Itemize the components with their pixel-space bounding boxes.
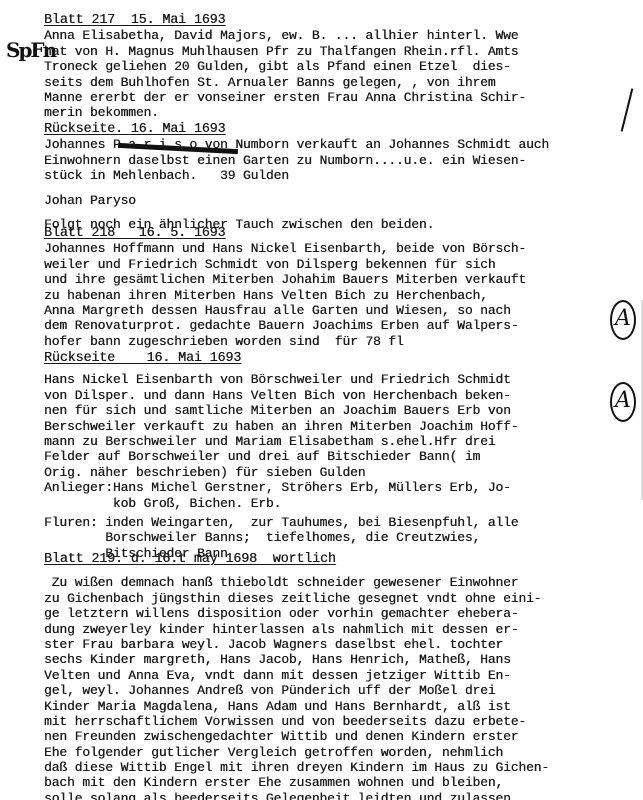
entry-line: Johannes P a r i s o von Numborn verkauf… xyxy=(44,137,624,152)
entry-line: dung zweyerley kinder hinterlassen als n… xyxy=(44,622,624,637)
entry-line: mit herrschaftlichem Vorwissen und von b… xyxy=(44,714,624,729)
entry-line: kob Groß, Bichen. Erb. xyxy=(44,496,624,511)
entry-line: und ihre gesämtlichen Miterben Johahim B… xyxy=(44,272,624,287)
entry-line: Fluren: inden Weingarten, zur Tauhumes, … xyxy=(44,515,624,530)
entry-line: Anna Margreth dessen Hausfrau alle Garte… xyxy=(44,303,624,318)
entry-line: Borschweiler Banns; tiefelhomes, die Cre… xyxy=(44,530,624,545)
entry-line: Berschweiler verkauft zu haben an ihren … xyxy=(44,419,624,434)
entry-line: stück in Mehlenbach. 39 Gulden xyxy=(44,168,624,183)
entry-line: ster Frau barbara weyl. Jacob Wagners da… xyxy=(44,637,624,652)
entry-rueckseite-218: Rückseite 16. Mai 1693 Hans Nickel Eisen… xyxy=(44,351,624,561)
entry-line: weiler und Friedrich Schmidt von Dilsper… xyxy=(44,257,624,272)
entry-line: Einwohnern daselbst einen Garten zu Numb… xyxy=(44,153,624,168)
entry-line: merin bekommen. xyxy=(44,105,624,120)
entry-line: ge letztern willens disposition oder vor… xyxy=(44,606,624,621)
entry-line: nen Freunden zwischengedachter Wittib un… xyxy=(44,729,624,744)
entry-line: bach mit den Kindern erster Ehe zusammen… xyxy=(44,775,624,790)
entry-line: hat von H. Magnus Muhlhausen Pfr zu Thal… xyxy=(44,44,624,59)
entry-line: seits dem Buhlhofen St. Arnualer Banns g… xyxy=(44,75,624,90)
entry-line: von Dilsper. und dann Hans Velten Bich v… xyxy=(44,388,624,403)
entry-line: zu habenan ihren Miterben Hans Velten Bi… xyxy=(44,288,624,303)
entry-line: Felder auf Borschweiler und drei auf Bit… xyxy=(44,449,624,464)
entry-blatt-217: Blatt 217 15. Mai 1693 Anna Elisabetha, … xyxy=(44,13,624,121)
entry-line: Johannes Hoffmann und Hans Nickel Eisenb… xyxy=(44,241,624,256)
entry-line: Kinder Maria Magdalena, Hans Adam und Ha… xyxy=(44,699,624,714)
entry-line: dem Renovaturprot. gedachte Bauern Joach… xyxy=(44,318,624,333)
entry-heading: Rückseite. 16. Mai 1693 xyxy=(44,122,624,137)
entry-line: Velten und Anna Eva, vndt dann mit desse… xyxy=(44,668,624,683)
entry-line: hofer bann zugeschrieben worden sind für… xyxy=(44,334,624,349)
entry-line: sechs Kinder margreth, Hans Jacob, Hans … xyxy=(44,652,624,667)
entry-heading: Blatt 217 15. Mai 1693 xyxy=(44,13,624,28)
entry-line: Anna Elisabetha, David Majors, ew. B. ..… xyxy=(44,28,624,43)
entry-signature: Johan Paryso xyxy=(44,193,624,208)
document-page: SpFn A A Blatt 217 15. Mai 1693 Anna Eli… xyxy=(0,0,643,800)
entry-line: daß diese Wittib Engel mit ihren dreyen … xyxy=(44,760,624,775)
entry-line: Anlieger:Hans Michel Gerstner, Ströhers … xyxy=(44,480,624,495)
entry-line: Orig. näher beschrieben) für sieben Guld… xyxy=(44,465,624,480)
entry-line: nen für sich und samtliche Miterben an J… xyxy=(44,403,624,418)
entry-line: solle solang als beederseits Gelegenheit… xyxy=(44,791,624,800)
entry-line: gel, weyl. Johannes Andreß von Pünderich… xyxy=(44,683,624,698)
entry-heading: Blatt 219. d. 16.t may 1698 wortlich xyxy=(44,552,624,567)
entry-line: zu Gichenbach jüngsthin dieses zeitliche… xyxy=(44,591,624,606)
entry-line: Ehe folgender gutlicher Vergleich getrof… xyxy=(44,745,624,760)
entry-line: mann zu Berschweiler und Mariam Elisabet… xyxy=(44,434,624,449)
entry-blatt-219: Blatt 219. d. 16.t may 1698 wortlich Zu … xyxy=(44,552,624,800)
entry-rueckseite-217: Rückseite. 16. Mai 1693 Johannes P a r i… xyxy=(44,122,624,232)
entry-line: Zu wißen demnach hanß thieboldt schneide… xyxy=(44,575,624,590)
entry-heading: Rückseite 16. Mai 1693 xyxy=(44,351,624,366)
entry-line: Troneck geliehen 20 Gulden, gibt als Pfa… xyxy=(44,59,624,74)
entry-blatt-218: Blatt 218 16. 5. 1693 Johannes Hoffmann … xyxy=(44,226,624,349)
entry-line: Hans Nickel Eisenbarth von Börschweiler … xyxy=(44,372,624,387)
entry-line: Manne ererbt der er vonseiner ersten Fra… xyxy=(44,90,624,105)
entry-heading: Blatt 218 16. 5. 1693 xyxy=(44,226,624,241)
